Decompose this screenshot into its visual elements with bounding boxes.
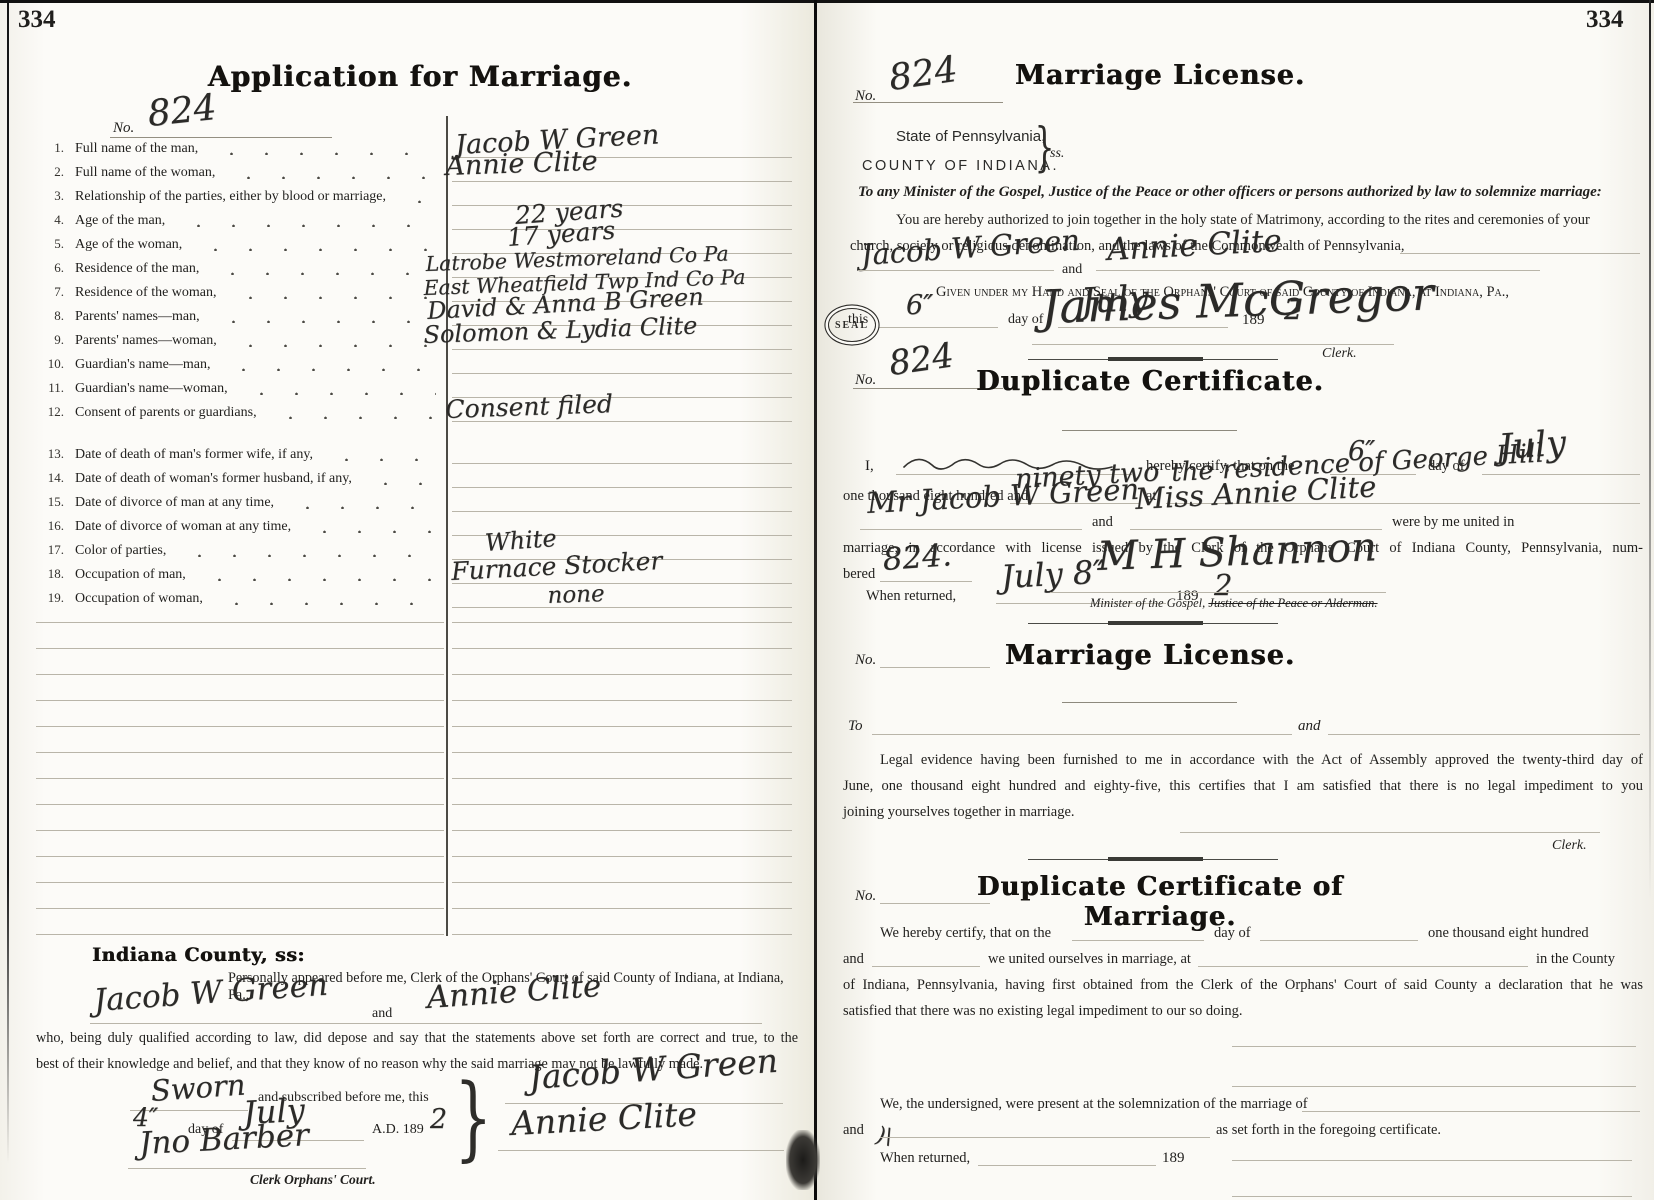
dup-body-1b: one thousand eight hundred	[1428, 925, 1589, 942]
field-number: 16.	[38, 518, 64, 534]
left-page-number: 334	[18, 6, 56, 34]
application-field-row: 12.Consent of parents or guardians,	[38, 404, 442, 421]
blank-license-no-label: No.	[855, 652, 876, 669]
blank-license-title: Marriage License.	[930, 640, 1370, 671]
year-handwritten: 2	[430, 1104, 447, 1135]
county-line: COUNTY OF INDIANA.	[862, 158, 1059, 174]
blank-ruled-line	[452, 856, 792, 857]
affidavit-body-1: who, being duly qualified according to l…	[36, 1030, 798, 1047]
field-number: 9.	[38, 332, 64, 348]
blank-ruled-line	[36, 752, 444, 753]
field-answer-handwritten: Consent filed	[445, 389, 613, 424]
dup-body-4: satisfied that there was no existing leg…	[843, 1003, 1242, 1020]
ruled-line	[128, 1168, 366, 1169]
application-field-row: 16.Date of divorce of woman at any time,	[38, 518, 442, 535]
ruled-line	[110, 137, 332, 138]
dot-leaders	[288, 497, 436, 509]
minister-signature: M H Shannon	[1096, 524, 1377, 580]
duplicate-no-label: No.	[855, 372, 876, 389]
state-line: State of Pennsylvania,	[896, 128, 1045, 145]
blank-and-label: and	[1298, 718, 1321, 735]
and-label: and	[372, 1006, 392, 1022]
field-number: 5.	[38, 236, 64, 252]
ruled-line	[1198, 966, 1528, 967]
blank-ruled-line	[452, 804, 792, 805]
witness-signature-line	[1232, 1046, 1636, 1047]
field-number: 15.	[38, 494, 64, 510]
field-number: 13.	[38, 446, 64, 462]
answer-ruled-line	[452, 511, 792, 512]
dot-leaders	[231, 335, 436, 347]
blank-ruled-line	[36, 882, 444, 883]
blank-ruled-line	[36, 648, 444, 649]
dot-leaders	[305, 521, 436, 533]
dup-and-label: and	[843, 1122, 864, 1139]
county-heading: Indiana County, ss:	[92, 944, 305, 966]
field-number: 7.	[38, 284, 64, 300]
ruled-line	[872, 734, 1292, 735]
field-number: 17.	[38, 542, 64, 558]
blank-ruled-line	[452, 882, 792, 883]
field-label: Date of death of man's former wife, if a…	[75, 447, 313, 463]
application-field-row: 13.Date of death of man's former wife, i…	[38, 446, 442, 463]
dup-body-2c: in the County	[1536, 951, 1615, 968]
blank-ruled-line	[36, 856, 444, 857]
blank-ruled-line	[36, 830, 444, 831]
ruled-line	[1328, 734, 1640, 735]
dup-when-returned-label: When returned,	[880, 1150, 970, 1167]
ruled-line	[872, 966, 980, 967]
field-label: Residence of the man,	[75, 261, 199, 277]
dup-marriage-no-label: No.	[855, 888, 876, 905]
blank-ruled-line	[452, 700, 792, 701]
blank-ruled-line	[452, 648, 792, 649]
ruled-line	[498, 1150, 784, 1151]
dot-leaders	[213, 263, 436, 275]
ss-label: ss.	[1050, 146, 1064, 162]
dot-leaders	[200, 569, 436, 581]
blank-ruled-line	[452, 830, 792, 831]
minister-label-text: Minister of the Gospel,	[1090, 596, 1205, 610]
application-field-row: 2.Full name of the woman,	[38, 164, 442, 181]
application-field-row: 3.Relationship of the parties, either by…	[38, 188, 442, 205]
ruled-line	[876, 327, 998, 328]
application-title: Application for Marriage.	[170, 60, 670, 93]
blank-ruled-line	[36, 674, 444, 675]
field-number: 10.	[38, 356, 64, 372]
field-answer-handwritten: Annie Clite	[445, 146, 598, 182]
ruled-line	[1400, 253, 1640, 254]
returned-date-handwritten: July 8″	[1000, 553, 1106, 596]
dup-body-1a: We hereby certify, that on the	[880, 925, 1051, 942]
application-field-row: 5.Age of the woman,	[38, 236, 442, 253]
field-number: 1.	[38, 140, 64, 156]
column-divider	[446, 116, 448, 936]
dot-leaders	[180, 545, 436, 557]
answer-ruled-line	[452, 487, 792, 488]
field-label: Occupation of woman,	[75, 591, 203, 607]
ad-label: A.D. 189	[372, 1122, 424, 1138]
field-label: Guardian's name—woman,	[75, 381, 228, 397]
application-field-row: 8.Parents' names—man,	[38, 308, 442, 325]
application-field-row: 9.Parents' names—woman,	[38, 332, 442, 349]
application-field-row: 7.Residence of the woman,	[38, 284, 442, 301]
blank-ruled-line	[452, 622, 792, 623]
field-label: Occupation of man,	[75, 567, 186, 583]
witness-signature-line	[1232, 1196, 1632, 1197]
field-label: Parents' names—man,	[75, 309, 200, 325]
ruled-line	[860, 529, 1082, 530]
blank-license-body-3: joining yourselves together in marriage.	[843, 804, 1075, 821]
field-label: Full name of the man,	[75, 141, 198, 157]
field-number: 3.	[38, 188, 64, 204]
blank-ruled-line	[36, 908, 444, 909]
application-field-row: 18.Occupation of man,	[38, 566, 442, 583]
license-and-label: and	[1062, 262, 1082, 278]
minister-struck-text: Justice of the Peace or Alderman.	[1208, 596, 1377, 610]
dup-body-2a: and	[843, 951, 864, 968]
blank-ruled-line	[452, 778, 792, 779]
dup-day-of-label: day of	[1214, 925, 1251, 942]
dot-leaders	[179, 215, 436, 227]
license-day-of-label: day of	[1008, 312, 1043, 328]
dup-marriage-title: Duplicate Certificate of Marriage.	[900, 872, 1420, 932]
field-number: 19.	[38, 590, 64, 606]
dot-leaders	[212, 143, 436, 155]
application-field-row: 19.Occupation of woman,	[38, 590, 442, 607]
dot-leaders	[196, 239, 436, 251]
blank-license-clerk-label: Clerk.	[1552, 838, 1587, 854]
ruled-line	[1302, 1111, 1640, 1112]
field-number: 12.	[38, 404, 64, 420]
duplicate-title: Duplicate Certificate.	[930, 366, 1370, 397]
field-label: Guardian's name—man,	[75, 357, 210, 373]
duplicate-number-handwritten: 824.	[881, 537, 952, 578]
field-number: 4.	[38, 212, 64, 228]
license-clerk-label: Clerk.	[1322, 346, 1357, 362]
present-1: We, the undersigned, were present at the…	[880, 1096, 1308, 1113]
field-label: Age of the woman,	[75, 237, 182, 253]
application-field-row: 14.Date of death of woman's former husba…	[38, 470, 442, 487]
blank-ruled-line	[452, 726, 792, 727]
witness-signature-line	[1232, 1086, 1636, 1087]
section-divider-ornament	[1028, 620, 1278, 628]
application-no-label: No.	[113, 120, 134, 137]
dot-leaders	[400, 191, 436, 203]
dot-leaders	[217, 593, 436, 605]
application-field-row: 15.Date of divorce of man at any time,	[38, 494, 442, 511]
field-number: 8.	[38, 308, 64, 324]
field-label: Full name of the woman,	[75, 165, 215, 181]
field-label: Date of divorce of woman at any time,	[75, 519, 291, 535]
dup-body-3: of Indiana, Pennsylvania, having first o…	[843, 977, 1643, 994]
dot-leaders	[214, 311, 436, 323]
binding-gutter	[814, 0, 817, 1200]
ruled-line	[1482, 474, 1640, 475]
field-number: 6.	[38, 260, 64, 276]
dup-body-2b: we united ourselves in marriage, at	[988, 951, 1191, 968]
dot-leaders	[229, 167, 436, 179]
field-number: 2.	[38, 164, 64, 180]
ruled-line	[880, 581, 972, 582]
ruled-line	[978, 1165, 1156, 1166]
dot-leaders	[242, 383, 436, 395]
field-number: 18.	[38, 566, 64, 582]
section-divider-ornament	[1028, 856, 1278, 864]
answer-ruled-line	[452, 229, 792, 230]
blank-license-body-2: June, one thousand eight hundred and eig…	[843, 778, 1643, 795]
blank-ruled-line	[36, 622, 444, 623]
i-label: I,	[865, 458, 874, 475]
bered-label: bered	[843, 566, 875, 583]
sworn-handwritten: Sworn	[150, 1067, 247, 1108]
title-underline	[1062, 430, 1237, 431]
dot-leaders	[231, 287, 436, 299]
scan-top-edge	[0, 0, 1654, 3]
field-label: Date of death of woman's former husband,…	[75, 471, 352, 487]
blank-license-body-1: Legal evidence having been furnished to …	[880, 752, 1643, 769]
blank-ruled-line	[36, 804, 444, 805]
answer-ruled-line	[452, 181, 792, 182]
ruled-line	[90, 1023, 762, 1024]
when-returned-label: When returned,	[866, 588, 956, 605]
dot-leaders	[271, 407, 436, 419]
seal-stamp: SEAL	[828, 308, 876, 342]
ruled-line	[853, 102, 1003, 103]
dot-leaders	[366, 473, 436, 485]
field-label: Age of the man,	[75, 213, 165, 229]
application-field-row: 6.Residence of the man,	[38, 260, 442, 277]
scanned-record-book-spread: 334 Application for Marriage. No. 824 In…	[0, 0, 1654, 1200]
application-field-row: 4.Age of the man,	[38, 212, 442, 229]
ruled-line	[1032, 344, 1394, 345]
field-label: Residence of the woman,	[75, 285, 217, 301]
right-page-number: 334	[1586, 6, 1624, 34]
application-field-row: 11.Guardian's name—woman,	[38, 380, 442, 397]
dot-leaders	[224, 359, 436, 371]
section-divider-ornament	[1028, 356, 1278, 364]
field-number: 14.	[38, 470, 64, 486]
answer-ruled-line	[452, 349, 792, 350]
license-title: Marriage License.	[940, 60, 1380, 91]
title-underline	[1062, 702, 1237, 703]
field-answer-handwritten: none	[547, 581, 605, 609]
clerk-title: Clerk Orphans' Court.	[250, 1172, 376, 1188]
ruled-line	[1180, 832, 1600, 833]
blank-ruled-line	[452, 752, 792, 753]
present-2: as set forth in the foregoing certificat…	[1216, 1122, 1441, 1139]
duplicate-and-label: and	[1092, 514, 1113, 531]
witness-signature-line	[1232, 1160, 1632, 1161]
answer-ruled-line	[452, 463, 792, 464]
application-field-row: 10.Guardian's name—man,	[38, 356, 442, 373]
field-label: Relationship of the parties, either by b…	[75, 189, 386, 205]
united-label: were by me united in	[1392, 514, 1514, 531]
answer-ruled-line	[452, 373, 792, 374]
field-number: 11.	[38, 380, 64, 396]
application-field-row: 1.Full name of the man,	[38, 140, 442, 157]
field-label: Parents' names—woman,	[75, 333, 217, 349]
application-no-value: 824	[146, 87, 219, 135]
scan-right-edge	[1649, 0, 1651, 900]
field-label: Date of divorce of man at any time,	[75, 495, 274, 511]
blank-ruled-line	[36, 700, 444, 701]
blank-ruled-line	[452, 674, 792, 675]
answer-ruled-line	[452, 607, 792, 608]
closing-brace: }	[454, 1072, 492, 1164]
blank-ruled-line	[36, 778, 444, 779]
field-label: Color of parties,	[75, 543, 166, 559]
ruled-line	[1260, 940, 1418, 941]
blank-ruled-line	[36, 726, 444, 727]
blank-ruled-line	[452, 934, 792, 935]
license-day-handwritten: 6″	[906, 290, 933, 321]
minister-label: Minister of the Gospel, Justice of the P…	[1090, 596, 1378, 611]
ruled-line	[1072, 940, 1204, 941]
scan-left-edge	[7, 3, 9, 1163]
dot-leaders	[327, 449, 436, 461]
blank-ruled-line	[36, 934, 444, 935]
ruled-line	[880, 1137, 1210, 1138]
ruled-line	[1050, 592, 1386, 593]
blank-ruled-line	[452, 908, 792, 909]
blank-to-label: To	[848, 718, 862, 735]
license-to-line: To any Minister of the Gospel, Justice o…	[858, 184, 1640, 201]
field-label: Consent of parents or guardians,	[75, 405, 257, 421]
ruled-line	[858, 270, 1054, 271]
application-field-row: 17.Color of parties,	[38, 542, 442, 559]
dup-year-label: 189	[1162, 1150, 1185, 1167]
binding-shadow	[786, 1130, 820, 1190]
